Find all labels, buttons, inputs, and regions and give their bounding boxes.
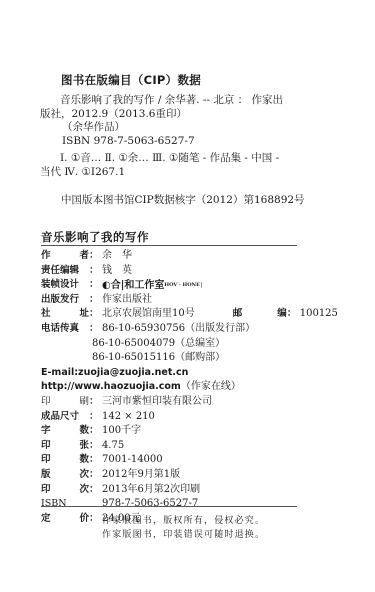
size-row: 成品尺寸 ： 142 × 210 — [41, 410, 338, 425]
address-row: 社址 ： 北京农展馆南里10号 邮编 ： 100125 — [41, 307, 338, 322]
isbn-row: ISBN ： 978-7-5063-6527-7 — [41, 497, 338, 512]
phone-value: 86-10-65015116（邮购部） — [92, 351, 225, 366]
phone-label: 电话传真 — [41, 322, 89, 337]
words-row: 字数 ： 100千字 — [41, 424, 338, 439]
author-value: 余 华 — [102, 249, 132, 264]
cip-record: 音乐影响了我的写作 / 余华著. -- 北京 ： 作家出 版社，2012.9（2… — [40, 94, 290, 148]
print-run-label: 印数 — [41, 453, 89, 468]
email-text: E-mail:zuojia@zuojia.net.cn — [41, 366, 188, 381]
edition-value: 2012年9月第1版 — [102, 468, 180, 483]
book-details: 作者 ： 余 华 责任编辑 ： 钱 英 装帧设计 ： ◐合|和工作室HOV · … — [41, 249, 338, 526]
publisher-row: 出版发行 ： 作家出版社 — [41, 293, 338, 308]
website-text: http://www.haozuojia.com — [41, 380, 181, 395]
address-label: 社址 — [41, 307, 89, 322]
phone-row: 86-10-65015116（邮购部） — [41, 351, 338, 366]
phone-row: 86-10-65004079（总编室） — [41, 337, 338, 352]
book-title: 音乐影响了我的写作 — [41, 229, 149, 245]
sheets-row: 印张 ： 4.75 — [41, 439, 338, 454]
designer-logo: ◐合|和工作室HOV · HONE — [102, 278, 202, 293]
design-label: 装帧设计 — [41, 278, 89, 293]
phone-value: 86-10-65930756（出版发行部） — [102, 322, 255, 337]
cip-record-number: 中国版本图书馆CIP数据核字（2012）第168892号 — [61, 192, 305, 207]
phone-row: 电话传真 ： 86-10-65930756（出版发行部） — [41, 322, 338, 337]
divider-bottom — [41, 506, 297, 507]
designer-logo-icon: ◐ — [102, 280, 111, 291]
editor-label: 责任编辑 — [41, 264, 89, 279]
sheets-value: 4.75 — [102, 439, 124, 454]
cip-line-publisher: 版社，2012.9（2013.6重印） — [40, 108, 290, 122]
publisher-label: 出版发行 — [41, 293, 89, 308]
edition-label: 版次 — [41, 468, 89, 483]
words-value: 100千字 — [102, 424, 141, 439]
cip-heading: 图书在版编目（CIP）数据 — [61, 72, 201, 88]
publisher-value: 作家出版社 — [102, 293, 152, 308]
website-row: http://www.haozuojia.com（作家在线） — [41, 380, 338, 395]
words-label: 字数 — [41, 424, 89, 439]
printer-row: 印刷 ： 三河市紫恒印装有限公司 — [41, 395, 338, 410]
cip-line-isbn: ISBN 978-7-5063-6527-7 — [40, 135, 290, 149]
postal-code: 邮编 ： 100125 — [233, 307, 338, 322]
printing-label: 印次 — [41, 483, 89, 498]
cip-class-line: 当代 Ⅳ. ①I267.1 — [40, 166, 290, 180]
print-run-row: 印数 ： 7001-14000 — [41, 453, 338, 468]
copyright-line: 作家版图书，版权所有，侵权必究。 — [102, 514, 265, 528]
printer-value: 三河市紫恒印装有限公司 — [102, 395, 212, 410]
price-label: 定价 — [41, 512, 89, 527]
printer-label: 印刷 — [41, 395, 89, 410]
cip-line-series: （余华作品） — [40, 121, 290, 135]
author-label: 作者 — [41, 249, 89, 264]
design-row: 装帧设计 ： ◐合|和工作室HOV · HONE — [41, 278, 338, 293]
editor-value: 钱 英 — [102, 264, 132, 279]
phone-value: 86-10-65004079（总编室） — [92, 337, 225, 352]
print-run-value: 7001-14000 — [102, 453, 163, 468]
isbn-label: ISBN — [41, 497, 89, 512]
divider-top — [41, 245, 297, 246]
copyright-notice: 作家版图书，版权所有，侵权必究。 作家版图书，印装错误可随时退换。 — [102, 514, 265, 542]
edition-row: 版次 ： 2012年9月第1版 — [41, 468, 338, 483]
printing-row: 印次 ： 2013年6月第2次印刷 — [41, 483, 338, 498]
size-value: 142 × 210 — [102, 410, 155, 425]
cip-classification: Ⅰ. ①音… Ⅱ. ①余… Ⅲ. ①随笔 - 作品集 - 中国 - 当代 Ⅳ. … — [40, 152, 290, 179]
address-value: 北京农展馆南里10号 — [102, 307, 195, 322]
return-policy-line: 作家版图书，印装错误可随时退换。 — [102, 528, 265, 542]
printing-value: 2013年6月第2次印刷 — [102, 483, 200, 498]
cip-line-title: 音乐影响了我的写作 / 余华著. -- 北京 ： 作家出 — [40, 94, 290, 108]
isbn-value: 978-7-5063-6527-7 — [102, 497, 198, 512]
email-row: E-mail:zuojia@zuojia.net.cn — [41, 366, 338, 381]
sheets-label: 印张 — [41, 439, 89, 454]
cip-class-line: Ⅰ. ①音… Ⅱ. ①余… Ⅲ. ①随笔 - 作品集 - 中国 - — [40, 152, 290, 166]
postal-label: 邮编 — [233, 307, 287, 322]
size-label: 成品尺寸 — [41, 410, 89, 425]
author-row: 作者 ： 余 华 — [41, 249, 338, 264]
editor-row: 责任编辑 ： 钱 英 — [41, 264, 338, 279]
